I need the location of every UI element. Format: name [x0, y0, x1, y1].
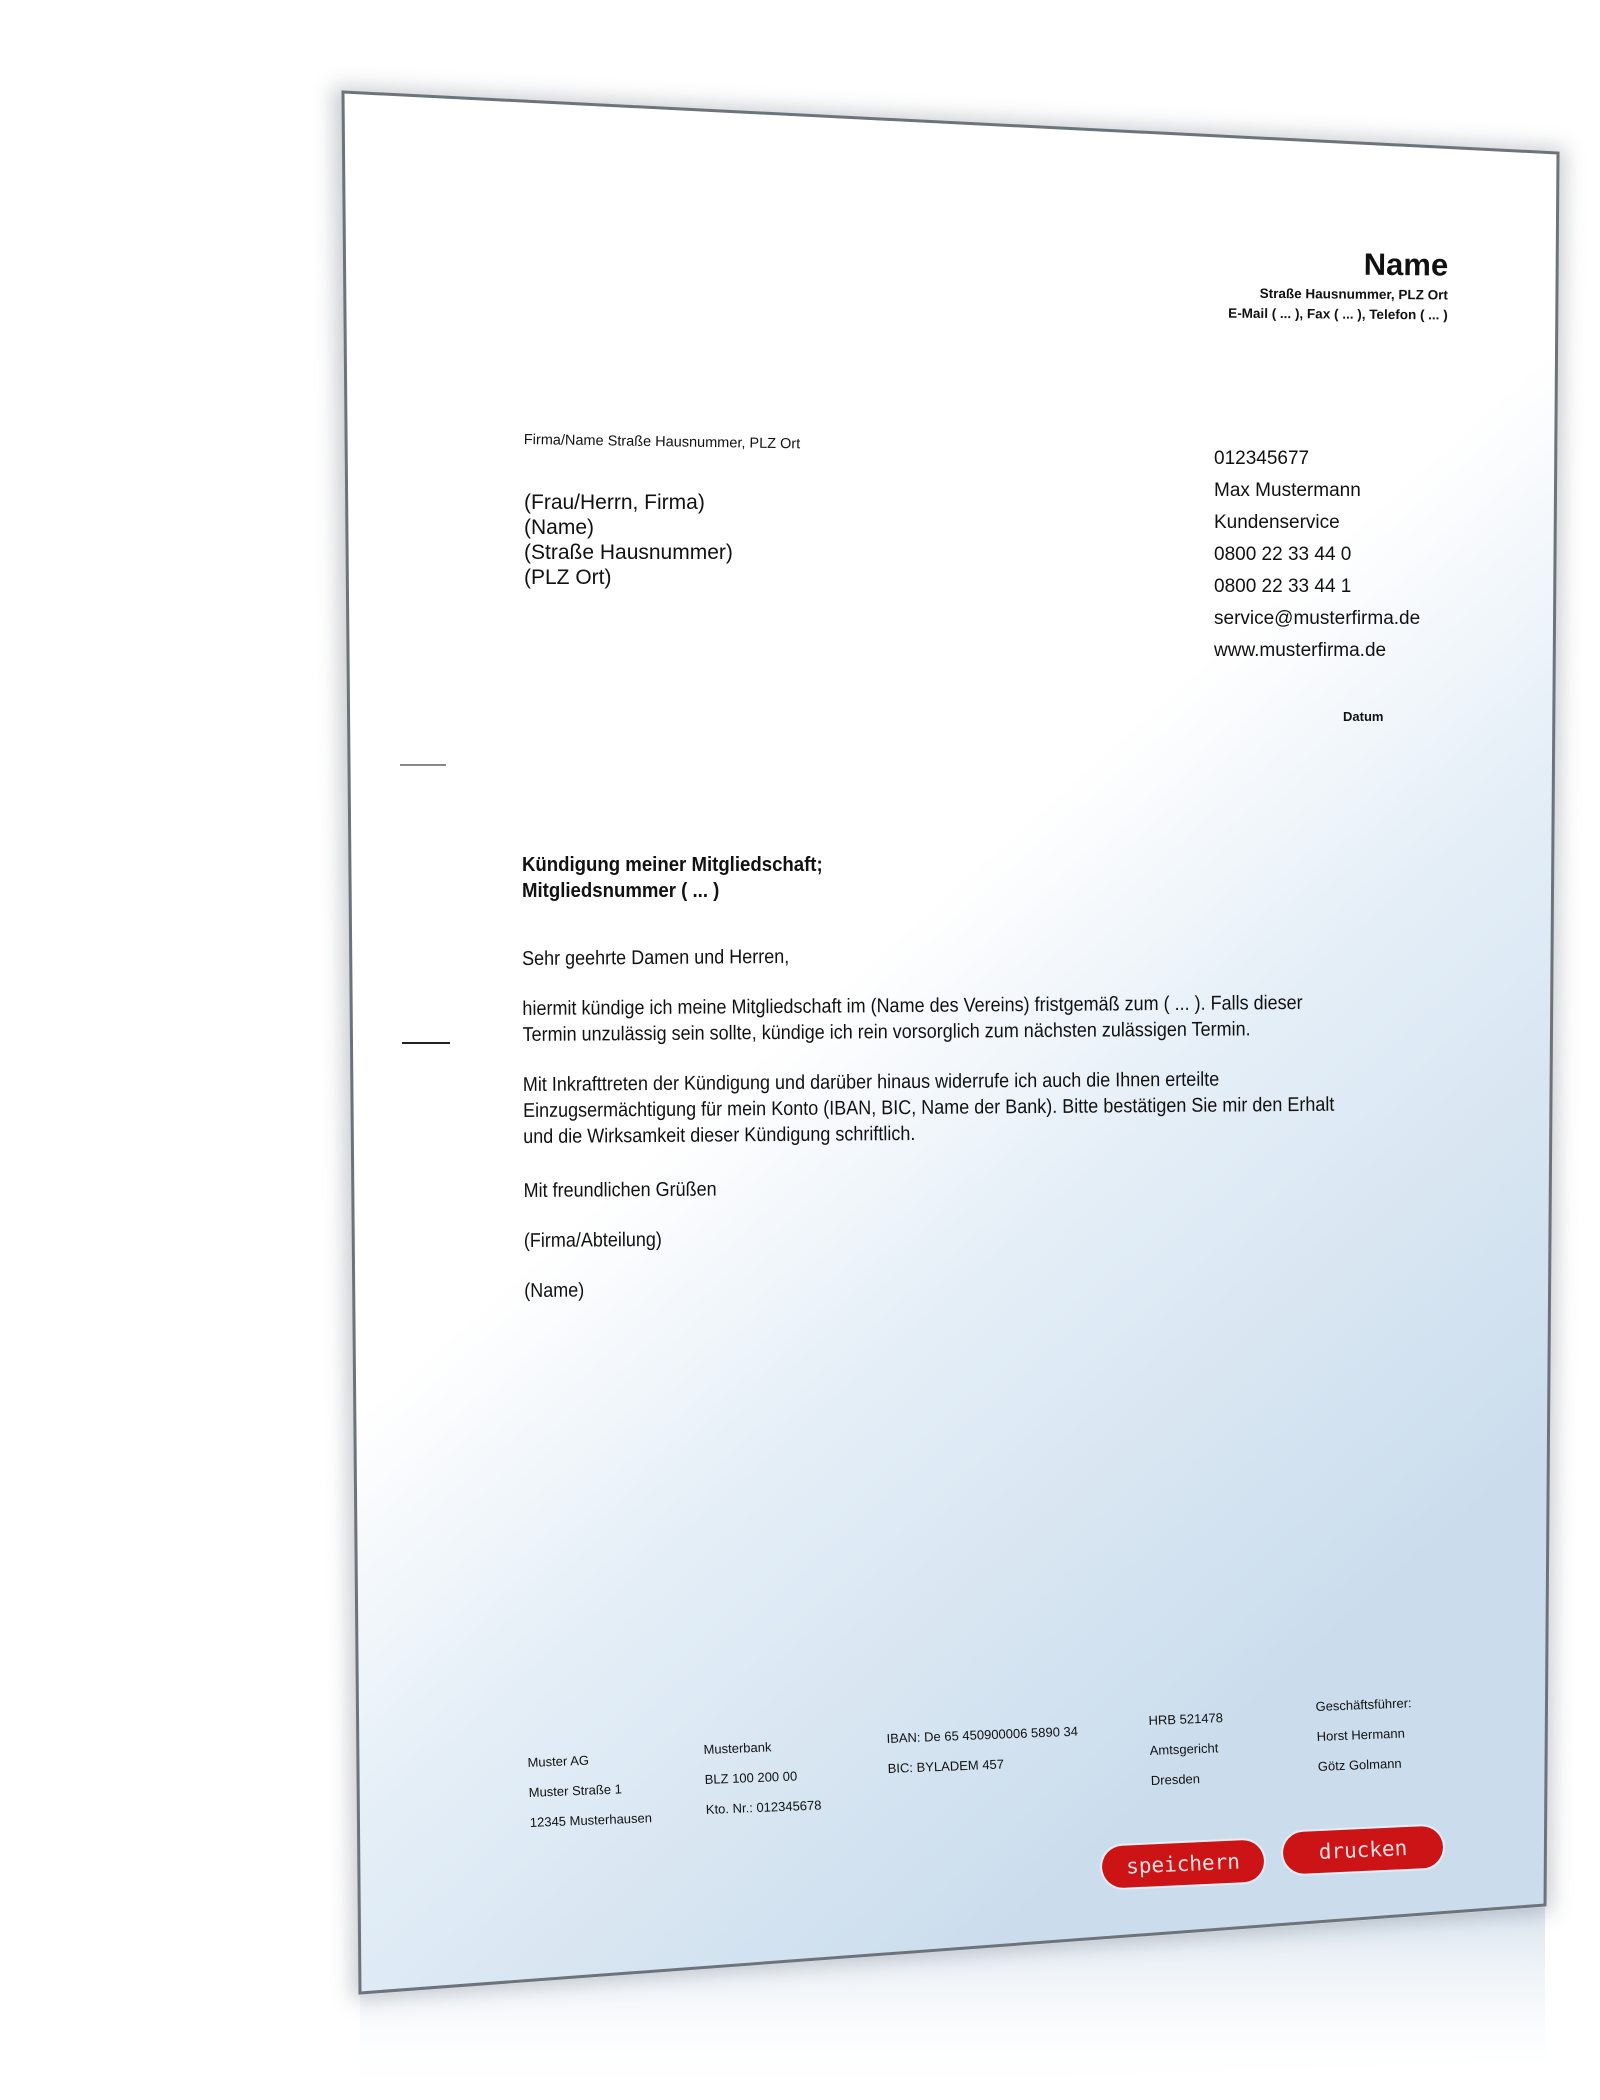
- paragraph-2: Mit Inkrafttreten der Kündigung und darü…: [523, 1066, 1335, 1150]
- footer-line: 12345 Musterhausen: [529, 1803, 652, 1838]
- subject: Kündigung meiner Mitgliedschaft; Mitglie…: [522, 852, 823, 904]
- fax: 0800 22 33 44 1: [1214, 571, 1420, 603]
- sender-header: Name Straße Hausnummer, PLZ Ort E-Mail (…: [1100, 244, 1449, 322]
- subject-line-1: Kündigung meiner Mitgliedschaft;: [522, 852, 823, 878]
- department: Kundenservice: [1214, 507, 1420, 539]
- recipient-line: (PLZ Ort): [524, 565, 733, 590]
- sender-address: Straße Hausnummer, PLZ Ort: [1100, 284, 1448, 302]
- footer-line: Götz Golmann: [1317, 1748, 1414, 1782]
- footer-register: HRB 521478 Amtsgericht Dresden: [1148, 1703, 1226, 1796]
- fold-mark: [400, 764, 446, 766]
- date-label: Datum: [1343, 709, 1383, 724]
- footer-line: Geschäftsführer:: [1315, 1688, 1412, 1722]
- footer-iban: IBAN: De 65 450900006 5890 34 BIC: BYLAD…: [886, 1717, 1080, 1784]
- phone: 0800 22 33 44 0: [1214, 539, 1420, 571]
- print-button[interactable]: drucken: [1282, 1825, 1444, 1874]
- website: www.musterfirma.de: [1214, 635, 1420, 667]
- recipient-address: (Frau/Herrn, Firma) (Name) (Straße Hausn…: [524, 490, 733, 590]
- reference-number: 012345677: [1214, 443, 1420, 475]
- email: service@musterfirma.de: [1214, 603, 1420, 635]
- fold-mark: [402, 1042, 450, 1044]
- footer-line: Musterbank: [703, 1731, 820, 1765]
- footer-line: HRB 521478: [1148, 1703, 1224, 1736]
- footer-line: Muster AG: [527, 1743, 650, 1778]
- save-button[interactable]: speichern: [1101, 1839, 1265, 1888]
- footer-line: Muster Straße 1: [528, 1773, 651, 1808]
- footer-line: BLZ 100 200 00: [704, 1761, 821, 1795]
- footer-management: Geschäftsführer: Horst Hermann Götz Golm…: [1315, 1688, 1414, 1782]
- recipient-line: (Name): [524, 515, 733, 540]
- footer-line: Amtsgericht: [1149, 1733, 1225, 1766]
- footer-line: Dresden: [1150, 1763, 1226, 1796]
- contact-block: 012345677 Max Mustermann Kundenservice 0…: [1214, 443, 1420, 667]
- footer-line: Kto. Nr.: 012345678: [705, 1791, 822, 1825]
- contact-person: Max Mustermann: [1214, 475, 1420, 507]
- recipient-line: (Frau/Herrn, Firma): [524, 490, 733, 515]
- footer-line: Horst Hermann: [1316, 1718, 1413, 1752]
- letter-body: Sehr geehrte Damen und Herren, hiermit k…: [522, 940, 1336, 1304]
- footer-bank: Musterbank BLZ 100 200 00 Kto. Nr.: 0123…: [703, 1731, 822, 1825]
- subject-line-2: Mitgliedsnummer ( ... ): [522, 878, 823, 904]
- sender-contact: E-Mail ( ... ), Fax ( ... ), Telefon ( .…: [1100, 304, 1448, 322]
- paragraph-1: hiermit kündige ich meine Mitgliedschaft…: [522, 990, 1334, 1048]
- footer-company: Muster AG Muster Straße 1 12345 Musterha…: [527, 1743, 653, 1838]
- sender-name: Name: [1100, 244, 1448, 283]
- recipient-line: (Straße Hausnummer): [524, 540, 733, 565]
